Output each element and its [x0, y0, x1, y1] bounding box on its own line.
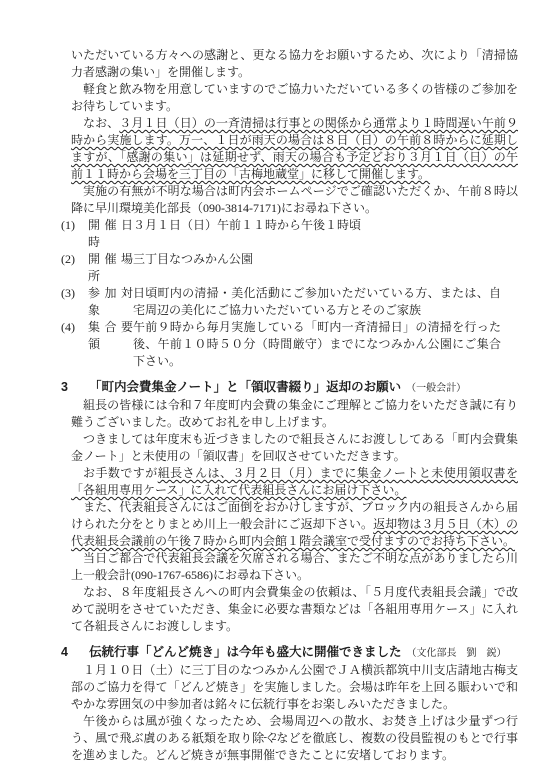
item-text: 三丁目なつみかん公園: [133, 251, 518, 268]
list-item: (1) 開催日時 ３月１日（日）午前１１時から午後１時頃: [61, 217, 518, 251]
item-number: (2): [61, 251, 88, 268]
paragraph-absence-contact: 当日ご都合で代表組長会議を欠席される場合、またご不明な点がありましたら川上一般会…: [71, 550, 518, 584]
paragraph-collect-notice: つきましては年度末も近づきましたので組長さんにお渡ししてある「町内会費集金ノート…: [71, 431, 518, 465]
item-number: (4): [61, 319, 88, 336]
item-number: (3): [61, 285, 88, 302]
list-item: (2) 開催場所 三丁目なつみかん公園: [61, 251, 518, 285]
section-number: 4: [61, 644, 89, 661]
page-body: いただいている方々への感謝と、更なる協力をお願いするため、次により「清掃協力者感…: [71, 47, 518, 764]
section-title-suffix: （文化部長 劉 鋭）: [407, 645, 507, 662]
item-number: (1): [61, 217, 88, 234]
list-item: (3) 参加対象 日頃町内の清掃・美化活動にご参加いただいている方、または、自宅…: [61, 285, 518, 319]
event-details-list: (1) 開催日時 ３月１日（日）午前１１時から午後１時頃 (2) 開催場所 三丁…: [61, 217, 518, 370]
paragraph-collection-thanks: 組長の皆様には令和７年度町内会費の集金にご理解とご協力をいただき誠に有り難うござ…: [71, 397, 518, 431]
item-label: 参加対象: [88, 285, 133, 319]
item-label: 集合要領: [88, 319, 133, 353]
section-number: 3: [61, 379, 89, 396]
section4-heading: 4 伝統行事「どんど焼き」は今年も盛大に開催できました （文化部長 劉 鋭）: [61, 644, 518, 662]
schedule-underlined-text: ３月１日（日）の一斉清掃は行事との関係から通常より１時間遅い午前９時から実施しま…: [71, 116, 518, 181]
paragraph-cleanup-schedule: なお、３月１日（日）の一斉清掃は行事との関係から通常より１時間遅い午前９時から実…: [71, 115, 518, 183]
page-number: - 2 -: [0, 731, 549, 745]
paragraph-next-year-plan: なお、８年度組長さんへの町内会費集金の依頼は、「５月度代表組長会議」で改めて説明…: [71, 584, 518, 635]
item-label: 開催場所: [88, 251, 133, 285]
paragraph-return-deadline: お手数ですが組長さんは、３月２日（月）までに集金ノートと未使用領収書を「各組用専…: [71, 465, 518, 499]
paragraph-gathering-intro: いただいている方々への感謝と、更なる協力をお願いするため、次により「清掃協力者感…: [71, 47, 518, 81]
section-title-suffix: （一般会計）: [406, 380, 466, 397]
paragraph-dondoyaki-report: １月１０日（土）に三丁目のなつみかん公園でＪＡ横浜都筑中川支店請地古梅支部のご協…: [71, 662, 518, 713]
item-text: ３月１日（日）午前１１時から午後１時頃: [133, 217, 518, 234]
document-page: いただいている方々への感謝と、更なる協力をお願いするため、次により「清掃協力者感…: [0, 0, 549, 776]
list-item: (4) 集合要領 午前９時から毎月実施している「町内一斉清掃日」の清掃を行った後…: [61, 319, 518, 370]
paragraph-contact-info: 実施の有無が不明な場合は町内会ホームページでご確認いただくか、午前８時以降に早川…: [71, 183, 518, 217]
section3-heading: 3 「町内会費集金ノート」と「領収書綴り」返却のお願い （一般会計）: [61, 379, 518, 397]
section-title: 伝統行事「どんど焼き」は今年も盛大に開催できました: [89, 644, 402, 661]
item-label: 開催日時: [88, 217, 133, 251]
paragraph-block-return: また、代表組長さんにはご面倒をおかけしますが、ブロック内の組長さんから届けられた…: [71, 499, 518, 550]
schedule-plain-text: なお、: [83, 116, 119, 130]
section-title: 「町内会費集金ノート」と「領収書綴り」返却のお願い: [89, 379, 401, 396]
item-text: 日頃町内の清掃・美化活動にご参加いただいている方、または、自宅周辺の美化にご協力…: [133, 285, 518, 319]
item-text: 午前９時から毎月実施している「町内一斉清掃日」の清掃を行った後、午前１０時５０分…: [133, 319, 518, 370]
deadline-plain-text: お手数ですが: [83, 466, 158, 480]
paragraph-refreshments: 軽食と飲み物を用意していますのでご協力いただいている多くの皆様のご参加をお待ちし…: [71, 81, 518, 115]
